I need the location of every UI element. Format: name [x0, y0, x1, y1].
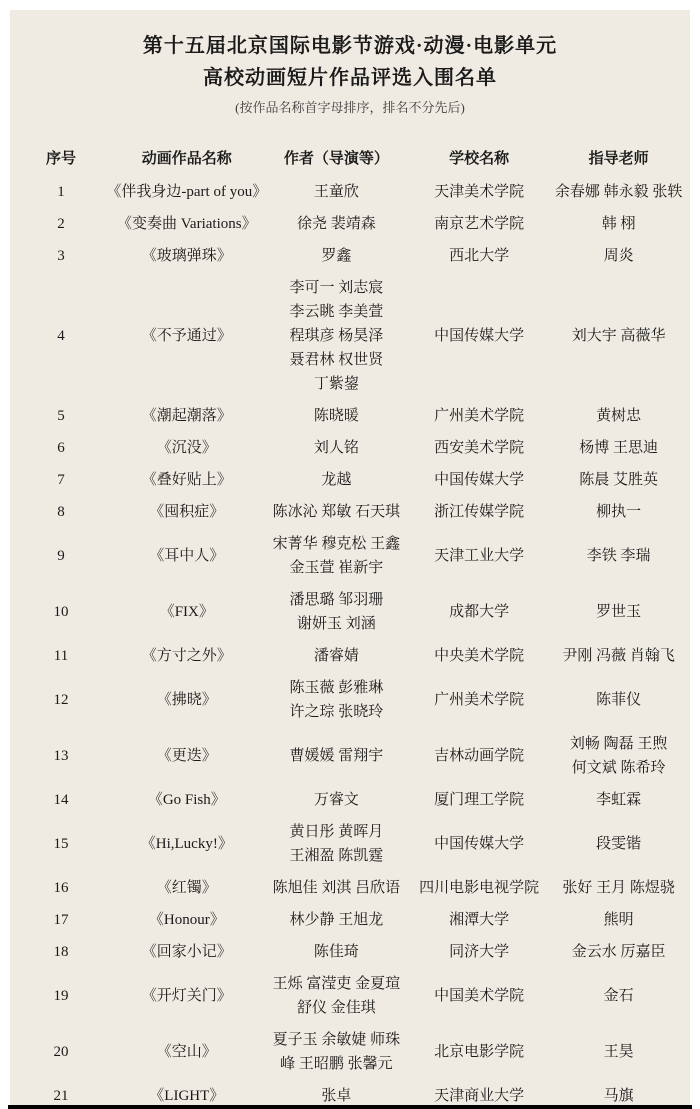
cell-school-line: 厦门理工学院	[434, 788, 524, 812]
cell-no: 13	[10, 732, 112, 780]
cell-advisors: 韩 栩	[547, 212, 690, 236]
table-row: 9《耳中人》宋菁华 穆克松 王鑫金玉萱 崔新宇天津工业大学李铁 李瑞	[10, 528, 690, 584]
table-row: 13《更迭》曹媛媛 雷翔宇吉林动画学院刘畅 陶磊 王煦何文斌 陈希玲	[10, 728, 690, 784]
table-row: 15《Hi,Lucky!》黄日彤 黄晖月王湘盈 陈凯霆中国传媒大学段雯锴	[10, 816, 690, 872]
cell-work-title: 《Honour》	[112, 908, 262, 932]
cell-authors-line: 陈旭佳 刘淇 吕欣语	[273, 876, 401, 900]
table-row: 6《沉没》刘人铭西安美术学院杨博 王思迪	[10, 432, 690, 464]
table-row: 18《回家小记》陈佳琦同济大学金云水 厉嘉臣	[10, 936, 690, 968]
cell-school: 广州美术学院	[411, 676, 547, 724]
table-row: 10《FIX》潘思璐 邹羽珊谢妍玉 刘涵成都大学罗世玉	[10, 584, 690, 640]
cell-authors-line: 峰 王昭鹏 张馨元	[280, 1052, 393, 1076]
cell-advisors-line: 柳执一	[596, 500, 641, 524]
cell-no: 17	[10, 908, 112, 932]
cell-authors-line: 陈冰沁 郑敏 石天琪	[273, 500, 401, 524]
cell-school-line: 成都大学	[449, 600, 509, 624]
cell-work-title-line: 《伴我身边-part of you》	[106, 180, 267, 204]
cell-no-line: 5	[57, 404, 65, 428]
cell-work-title: 《Hi,Lucky!》	[112, 820, 262, 868]
cell-no-line: 19	[54, 984, 69, 1008]
cell-advisors: 王昊	[547, 1028, 690, 1076]
cell-no: 19	[10, 972, 112, 1020]
table-body: 1《伴我身边-part of you》王童欣天津美术学院余春娜 韩永毅 张轶2《…	[10, 176, 690, 1109]
cell-advisors: 陈菲仪	[547, 676, 690, 724]
cell-school: 天津工业大学	[411, 532, 547, 580]
cell-authors-line: 王湘盈 陈凯霆	[290, 844, 384, 868]
cell-advisors-line: 杨博 王思迪	[579, 436, 658, 460]
cell-school: 南京艺术学院	[411, 212, 547, 236]
cell-no-line: 17	[54, 908, 69, 932]
cell-advisors: 熊明	[547, 908, 690, 932]
cell-advisors: 金云水 厉嘉臣	[547, 940, 690, 964]
cell-advisors: 罗世玉	[547, 588, 690, 636]
cell-advisors-line: 金云水 厉嘉臣	[572, 940, 666, 964]
cell-advisors: 张好 王月 陈煜骁	[547, 876, 690, 900]
cell-authors-line: 谢妍玉 刘涵	[297, 612, 376, 636]
cell-work-title: 《空山》	[112, 1028, 262, 1076]
cell-no: 20	[10, 1028, 112, 1076]
cell-authors-line: 王童欣	[314, 180, 359, 204]
header-no: 序号	[10, 144, 112, 174]
cell-advisors-line: 金石	[604, 984, 634, 1008]
cell-authors-line: 潘思璐 邹羽珊	[290, 588, 384, 612]
cell-work-title-line: 《方寸之外》	[142, 644, 232, 668]
cell-authors-line: 龙越	[321, 468, 351, 492]
cell-advisors: 段雯锴	[547, 820, 690, 868]
cell-authors-line: 聂君林 权世贤	[290, 348, 384, 372]
cell-school-line: 中央美术学院	[434, 644, 524, 668]
cell-no: 9	[10, 532, 112, 580]
cell-no-line: 1	[57, 180, 65, 204]
cell-work-title-line: 《Go Fish》	[148, 788, 226, 812]
table-row: 4《不予通过》李可一 刘志宸李云眺 李美萱程琪彦 杨昊泽聂君林 权世贤丁紫鋆中国…	[10, 272, 690, 400]
cell-authors: 万睿文	[262, 788, 412, 812]
cell-no-line: 4	[57, 324, 65, 348]
cell-work-title: 《方寸之外》	[112, 644, 262, 668]
cell-school: 浙江传媒学院	[411, 500, 547, 524]
cell-advisors-line: 陈晨 艾胜英	[579, 468, 658, 492]
cell-work-title-line: 《耳中人》	[149, 544, 224, 568]
cell-no-line: 11	[54, 644, 68, 668]
shortlist-table: 序号 动画作品名称 作者（导演等） 学校名称 指导老师 1《伴我身边-part …	[10, 144, 690, 1109]
cell-advisors: 柳执一	[547, 500, 690, 524]
cell-no-line: 15	[54, 832, 69, 856]
cell-work-title: 《红镯》	[112, 876, 262, 900]
cell-school-line: 西北大学	[449, 244, 509, 268]
cell-authors: 陈冰沁 郑敏 石天琪	[262, 500, 412, 524]
cell-work-title: 《叠好贴上》	[112, 468, 262, 492]
cell-school-line: 湘潭大学	[449, 908, 509, 932]
page-title-line2: 高校动画短片作品评选入围名单	[10, 62, 690, 94]
cell-no-line: 13	[54, 744, 69, 768]
cell-school: 中国美术学院	[411, 972, 547, 1020]
cell-advisors-line: 王昊	[604, 1040, 634, 1064]
cell-authors: 刘人铭	[262, 436, 412, 460]
cell-school-line: 南京艺术学院	[434, 212, 524, 236]
table-row: 11《方寸之外》潘睿婧中央美术学院尹刚 冯薇 肖翰飞	[10, 640, 690, 672]
table-row: 20《空山》夏子玉 余敏婕 师珠峰 王昭鹏 张馨元北京电影学院王昊	[10, 1024, 690, 1080]
cell-work-title-line: 《玻璃弹珠》	[142, 244, 232, 268]
cell-advisors-line: 周炎	[604, 244, 634, 268]
cell-authors-line: 罗鑫	[321, 244, 351, 268]
table-row: 2《变奏曲 Variations》徐尧 裴靖森南京艺术学院韩 栩	[10, 208, 690, 240]
header-authors: 作者（导演等）	[262, 144, 412, 174]
cell-no: 6	[10, 436, 112, 460]
cell-work-title: 《潮起潮落》	[112, 404, 262, 428]
page-title-line1: 第十五届北京国际电影节游戏·动漫·电影单元	[10, 30, 690, 62]
cell-no-line: 18	[54, 940, 69, 964]
cell-work-title-line: 《空山》	[157, 1040, 217, 1064]
cell-no: 14	[10, 788, 112, 812]
cell-work-title: 《Go Fish》	[112, 788, 262, 812]
cell-advisors: 余春娜 韩永毅 张轶	[547, 180, 690, 204]
cell-authors-line: 李可一 刘志宸	[290, 276, 384, 300]
cell-advisors-line: 刘大宇 高薇华	[572, 324, 666, 348]
cell-authors-line: 林少静 王旭龙	[290, 908, 384, 932]
cell-no: 1	[10, 180, 112, 204]
cell-authors: 陈玉薇 彭雅琳许之琮 张晓玲	[262, 676, 412, 724]
cell-school: 西北大学	[411, 244, 547, 268]
cell-no-line: 3	[57, 244, 65, 268]
cell-authors-line: 许之琮 张晓玲	[290, 700, 384, 724]
cell-no-line: 12	[54, 688, 69, 712]
cell-authors-line: 夏子玉 余敏婕 师珠	[273, 1028, 401, 1052]
cell-work-title: 《更迭》	[112, 732, 262, 780]
cell-no: 15	[10, 820, 112, 868]
cell-work-title-line: 《FIX》	[160, 600, 214, 624]
cell-work-title-line: 《更迭》	[157, 744, 217, 768]
table-header-row: 序号 动画作品名称 作者（导演等） 学校名称 指导老师	[10, 144, 690, 174]
cell-advisors-line: 陈菲仪	[596, 688, 641, 712]
cell-no: 12	[10, 676, 112, 724]
cell-school: 厦门理工学院	[411, 788, 547, 812]
cell-advisors: 金石	[547, 972, 690, 1020]
cell-advisors-line: 黄树忠	[596, 404, 641, 428]
cell-authors-line: 万睿文	[314, 788, 359, 812]
cell-work-title-line: 《囤积症》	[149, 500, 224, 524]
cell-no-line: 20	[54, 1040, 69, 1064]
cell-no-line: 10	[54, 600, 69, 624]
cell-work-title-line: 《变奏曲 Variations》	[117, 212, 257, 236]
cell-authors-line: 陈晓暖	[314, 404, 359, 428]
cell-advisors: 周炎	[547, 244, 690, 268]
cell-school-line: 西安美术学院	[434, 436, 524, 460]
cell-advisors-line: 余春娜 韩永毅 张轶	[555, 180, 683, 204]
cell-authors: 陈佳琦	[262, 940, 412, 964]
cell-school: 同济大学	[411, 940, 547, 964]
table-row: 17《Honour》林少静 王旭龙湘潭大学熊明	[10, 904, 690, 936]
table-row: 14《Go Fish》万睿文厦门理工学院李虹霖	[10, 784, 690, 816]
cell-authors: 龙越	[262, 468, 412, 492]
cell-work-title: 《沉没》	[112, 436, 262, 460]
cell-no: 4	[10, 276, 112, 396]
cell-authors: 徐尧 裴靖森	[262, 212, 412, 236]
cell-authors-line: 陈玉薇 彭雅琳	[290, 676, 384, 700]
table-row: 3《玻璃弹珠》罗鑫西北大学周炎	[10, 240, 690, 272]
cell-no-line: 16	[54, 876, 69, 900]
cell-authors: 陈晓暖	[262, 404, 412, 428]
cell-no: 3	[10, 244, 112, 268]
cell-school: 成都大学	[411, 588, 547, 636]
cell-advisors: 杨博 王思迪	[547, 436, 690, 460]
cell-authors-line: 宋菁华 穆克松 王鑫	[273, 532, 401, 556]
cell-advisors: 李虹霖	[547, 788, 690, 812]
cell-work-title-line: 《红镯》	[157, 876, 217, 900]
cell-authors-line: 陈佳琦	[314, 940, 359, 964]
cell-no-line: 14	[54, 788, 69, 812]
cell-advisors-line: 李铁 李瑞	[587, 544, 651, 568]
cell-school: 中国传媒大学	[411, 276, 547, 396]
cell-authors: 夏子玉 余敏婕 师珠峰 王昭鹏 张馨元	[262, 1028, 412, 1076]
header-school: 学校名称	[411, 144, 547, 174]
cell-no: 8	[10, 500, 112, 524]
cell-work-title: 《囤积症》	[112, 500, 262, 524]
cell-school-line: 广州美术学院	[434, 688, 524, 712]
cell-school-line: 天津美术学院	[434, 180, 524, 204]
cell-authors-line: 刘人铭	[314, 436, 359, 460]
table-row: 19《开灯关门》王烁 富滢吏 金夏瑄舒仪 金佳琪中国美术学院金石	[10, 968, 690, 1024]
cell-school-line: 天津工业大学	[434, 544, 524, 568]
cell-school: 北京电影学院	[411, 1028, 547, 1076]
cell-school-line: 同济大学	[449, 940, 509, 964]
table-row: 12《拂晓》陈玉薇 彭雅琳许之琮 张晓玲广州美术学院陈菲仪	[10, 672, 690, 728]
cell-work-title-line: 《Hi,Lucky!》	[141, 832, 233, 856]
header-advisors: 指导老师	[547, 144, 690, 174]
cell-work-title-line: 《Honour》	[149, 908, 225, 932]
cell-school: 吉林动画学院	[411, 732, 547, 780]
cell-advisors-line: 韩 栩	[602, 212, 636, 236]
page-subtitle: (按作品名称首字母排序，排名不分先后)	[10, 98, 690, 118]
cell-no-line: 7	[57, 468, 65, 492]
cell-advisors: 刘大宇 高薇华	[547, 276, 690, 396]
cell-no-line: 2	[57, 212, 65, 236]
title-block: 第十五届北京国际电影节游戏·动漫·电影单元 高校动画短片作品评选入围名单 (按作…	[10, 10, 690, 118]
cell-no: 16	[10, 876, 112, 900]
cell-advisors-line: 熊明	[604, 908, 634, 932]
cell-school-line: 浙江传媒学院	[434, 500, 524, 524]
cell-no-line: 6	[57, 436, 65, 460]
cell-school: 中国传媒大学	[411, 820, 547, 868]
cell-advisors-line: 李虹霖	[596, 788, 641, 812]
header-title: 动画作品名称	[112, 144, 262, 174]
cell-authors: 王童欣	[262, 180, 412, 204]
document-sheet: 第十五届北京国际电影节游戏·动漫·电影单元 高校动画短片作品评选入围名单 (按作…	[10, 10, 690, 1109]
cell-school: 四川电影电视学院	[411, 876, 547, 900]
cell-school-line: 吉林动画学院	[434, 744, 524, 768]
bottom-border-bar	[8, 1105, 692, 1109]
cell-advisors: 刘畅 陶磊 王煦何文斌 陈希玲	[547, 732, 690, 780]
cell-work-title: 《耳中人》	[112, 532, 262, 580]
cell-authors: 曹媛媛 雷翔宇	[262, 732, 412, 780]
cell-authors-line: 黄日彤 黄晖月	[290, 820, 384, 844]
cell-school-line: 中国传媒大学	[434, 468, 524, 492]
cell-work-title: 《变奏曲 Variations》	[112, 212, 262, 236]
cell-advisors: 黄树忠	[547, 404, 690, 428]
cell-no-line: 9	[57, 544, 65, 568]
cell-no-line: 8	[57, 500, 65, 524]
cell-work-title: 《拂晓》	[112, 676, 262, 724]
cell-no: 11	[10, 644, 112, 668]
cell-advisors-line: 段雯锴	[596, 832, 641, 856]
cell-no: 18	[10, 940, 112, 964]
cell-school: 西安美术学院	[411, 436, 547, 460]
cell-advisors: 陈晨 艾胜英	[547, 468, 690, 492]
cell-advisors-line: 张好 王月 陈煜骁	[562, 876, 675, 900]
cell-advisors-line: 罗世玉	[596, 600, 641, 624]
cell-school-line: 中国传媒大学	[434, 324, 524, 348]
cell-no: 5	[10, 404, 112, 428]
cell-authors: 潘思璐 邹羽珊谢妍玉 刘涵	[262, 588, 412, 636]
cell-authors: 宋菁华 穆克松 王鑫金玉萱 崔新宇	[262, 532, 412, 580]
cell-work-title: 《伴我身边-part of you》	[112, 180, 262, 204]
cell-school-line: 四川电影电视学院	[419, 876, 539, 900]
cell-school: 广州美术学院	[411, 404, 547, 428]
cell-no: 7	[10, 468, 112, 492]
table-row: 5《潮起潮落》陈晓暖广州美术学院黄树忠	[10, 400, 690, 432]
cell-school-line: 广州美术学院	[434, 404, 524, 428]
cell-authors: 王烁 富滢吏 金夏瑄舒仪 金佳琪	[262, 972, 412, 1020]
table-row: 1《伴我身边-part of you》王童欣天津美术学院余春娜 韩永毅 张轶	[10, 176, 690, 208]
cell-school: 湘潭大学	[411, 908, 547, 932]
cell-work-title-line: 《叠好贴上》	[142, 468, 232, 492]
cell-advisors: 尹刚 冯薇 肖翰飞	[547, 644, 690, 668]
table-row: 8《囤积症》陈冰沁 郑敏 石天琪浙江传媒学院柳执一	[10, 496, 690, 528]
cell-authors-line: 金玉萱 崔新宇	[290, 556, 384, 580]
cell-work-title: 《开灯关门》	[112, 972, 262, 1020]
cell-authors: 林少静 王旭龙	[262, 908, 412, 932]
cell-work-title-line: 《不予通过》	[142, 324, 232, 348]
cell-school: 中央美术学院	[411, 644, 547, 668]
cell-work-title: 《不予通过》	[112, 276, 262, 396]
cell-school: 天津美术学院	[411, 180, 547, 204]
cell-authors-line: 徐尧 裴靖森	[297, 212, 376, 236]
cell-authors: 黄日彤 黄晖月王湘盈 陈凯霆	[262, 820, 412, 868]
cell-school-line: 中国传媒大学	[434, 832, 524, 856]
cell-authors: 陈旭佳 刘淇 吕欣语	[262, 876, 412, 900]
cell-work-title: 《玻璃弹珠》	[112, 244, 262, 268]
cell-authors-line: 潘睿婧	[314, 644, 359, 668]
cell-no: 2	[10, 212, 112, 236]
cell-authors-line: 王烁 富滢吏 金夏瑄	[273, 972, 401, 996]
cell-authors: 李可一 刘志宸李云眺 李美萱程琪彦 杨昊泽聂君林 权世贤丁紫鋆	[262, 276, 412, 396]
cell-school: 中国传媒大学	[411, 468, 547, 492]
cell-authors-line: 舒仪 金佳琪	[297, 996, 376, 1020]
cell-authors: 潘睿婧	[262, 644, 412, 668]
cell-authors-line: 李云眺 李美萱	[290, 300, 384, 324]
cell-school-line: 中国美术学院	[434, 984, 524, 1008]
cell-work-title-line: 《沉没》	[157, 436, 217, 460]
cell-work-title-line: 《开灯关门》	[142, 984, 232, 1008]
cell-authors-line: 丁紫鋆	[314, 372, 359, 396]
cell-no: 10	[10, 588, 112, 636]
cell-advisors-line: 刘畅 陶磊 王煦	[570, 732, 668, 756]
cell-work-title: 《FIX》	[112, 588, 262, 636]
table-row: 16《红镯》陈旭佳 刘淇 吕欣语四川电影电视学院张好 王月 陈煜骁	[10, 872, 690, 904]
cell-work-title-line: 《拂晓》	[157, 688, 217, 712]
cell-work-title-line: 《潮起潮落》	[142, 404, 232, 428]
cell-work-title: 《回家小记》	[112, 940, 262, 964]
cell-authors-line: 程琪彦 杨昊泽	[290, 324, 384, 348]
cell-advisors-line: 何文斌 陈希玲	[572, 756, 666, 780]
cell-authors-line: 曹媛媛 雷翔宇	[290, 744, 384, 768]
cell-work-title-line: 《回家小记》	[142, 940, 232, 964]
cell-school-line: 北京电影学院	[434, 1040, 524, 1064]
cell-advisors-line: 尹刚 冯薇 肖翰飞	[562, 644, 675, 668]
cell-authors: 罗鑫	[262, 244, 412, 268]
cell-advisors: 李铁 李瑞	[547, 532, 690, 580]
table-row: 7《叠好贴上》龙越中国传媒大学陈晨 艾胜英	[10, 464, 690, 496]
